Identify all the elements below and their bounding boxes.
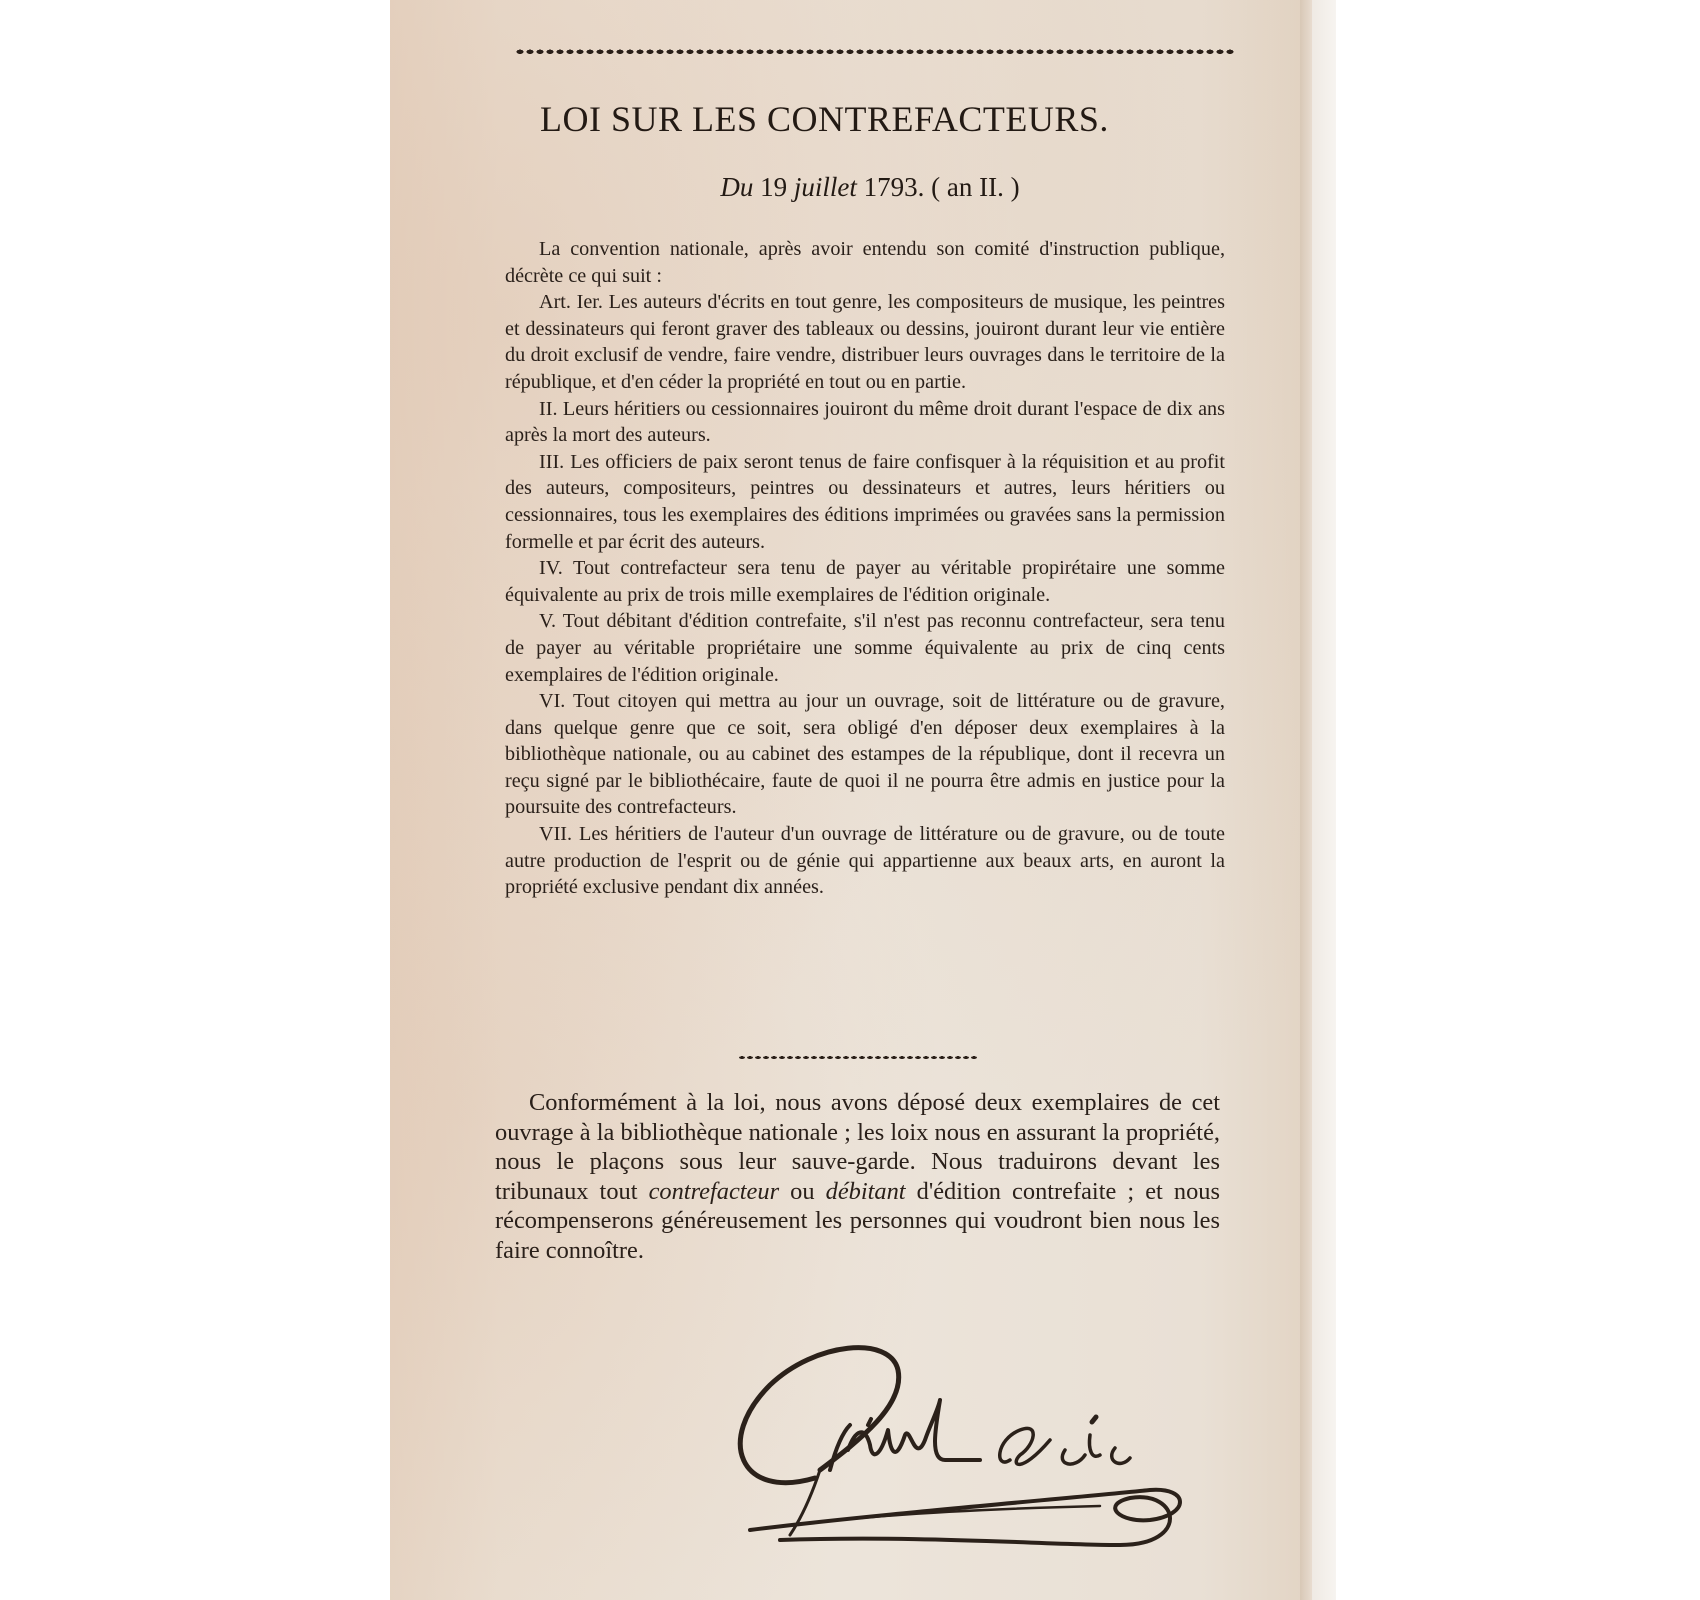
notice-paragraph: Conformément à la loi, nous avons déposé… [495,1088,1220,1266]
law-body: La convention nationale, après avoir ent… [505,236,1225,901]
adjacent-page [1312,0,1336,1600]
article-3: III. Les officiers de paix seront tenus … [505,449,1225,555]
article-text: Les auteurs d'écrits en tout genre, les … [505,291,1225,393]
article-1: Art. Ier. Les auteurs d'écrits en tout g… [505,289,1225,395]
article-7: VII. Les héritiers de l'auteur d'un ouvr… [505,821,1225,901]
article-2: II. Leurs héritiers ou cessionnaires jou… [505,396,1225,449]
article-number: VI. [539,690,565,712]
article-number: Art. Ier. [539,291,603,313]
notice-italic-1: contrefacteur [649,1178,780,1205]
date-month: juillet [794,172,857,202]
article-text: Tout citoyen qui mettra au jour un ouvra… [505,690,1225,818]
preamble: La convention nationale, après avoir ent… [505,236,1225,289]
article-text: Tout contrefacteur sera tenu de payer au… [505,557,1225,606]
article-number: IV. [539,557,563,579]
article-text: Les héritiers de l'auteur d'un ouvrage d… [505,823,1225,898]
article-text: Tout débitant d'édition contrefaite, s'i… [505,610,1225,685]
ornamental-rule-top [515,47,1235,57]
article-5: V. Tout débitant d'édition contrefaite, … [505,608,1225,688]
article-text: Les officiers de paix seront tenus de fa… [505,451,1225,553]
date-prefix: Du [720,172,753,202]
article-number: V. [539,610,556,632]
document-title: LOI SUR LES CONTREFACTEURS. [540,98,1200,140]
article-4: IV. Tout contrefacteur sera tenu de paye… [505,555,1225,608]
publisher-signature: Guiguet & Cie [720,1330,1200,1550]
page-edge [1300,0,1312,1600]
article-number: III. [539,451,564,473]
copyright-notice: Conformément à la loi, nous avons déposé… [495,1088,1220,1266]
document-date: Du 19 juillet 1793. ( an II. ) [0,172,1700,203]
notice-text-2: ou [790,1178,814,1205]
article-6: VI. Tout citoyen qui mettra au jour un o… [505,688,1225,821]
article-number: II. [539,398,558,420]
date-year: 1793. ( an II. ) [864,172,1020,202]
notice-italic-2: débitant [826,1178,906,1205]
date-day: 19 [760,172,787,202]
article-number: VII. [539,823,572,845]
article-text: Leurs héritiers ou cessionnaires jouiron… [505,398,1225,447]
ornamental-rule-middle [738,1054,978,1062]
